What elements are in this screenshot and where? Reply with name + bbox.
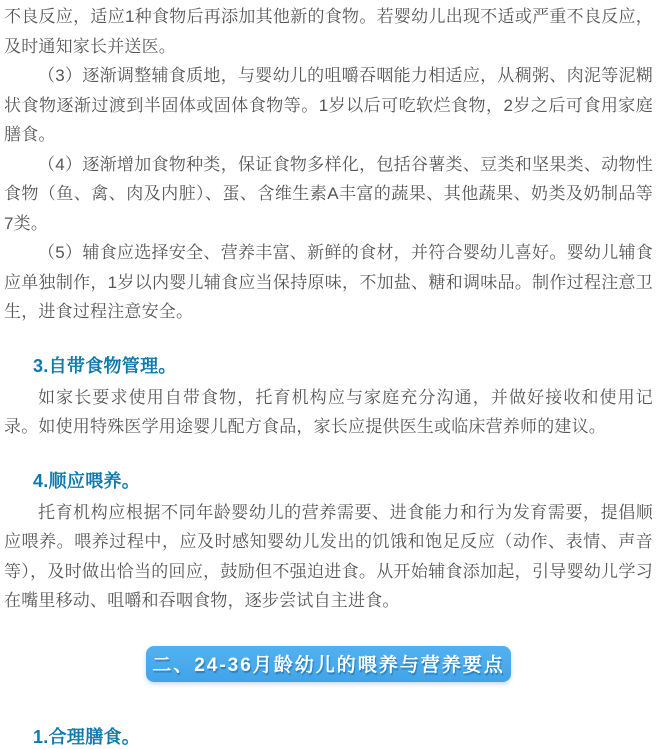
article-body: 不良反应，适应1种食物后再添加其他新的食物。若婴幼儿出现不适或严重不良反应，及时… <box>0 0 659 749</box>
section-4-heading: 4.顺应喂养。 <box>4 468 653 494</box>
section-4-paragraph: 托育机构应根据不同年龄婴幼儿的营养需要、进食能力和行为发育需要，提倡顺应喂养。喂… <box>4 498 653 616</box>
part-2-section-1-heading: 1.合理膳食。 <box>4 724 653 749</box>
point-3-paragraph: （3）逐渐调整辅食质地，与婴幼儿的咀嚼吞咽能力相适应，从稠粥、肉泥等泥糊状食物逐… <box>4 61 653 150</box>
intro-continuation-paragraph: 不良反应，适应1种食物后再添加其他新的食物。若婴幼儿出现不适或严重不良反应，及时… <box>4 2 653 61</box>
part-2-banner-title: 二、24-36月龄幼儿的喂养与营养要点 <box>152 650 505 677</box>
point-5-paragraph: （5）辅食应选择安全、营养丰富、新鲜的食材，并符合婴幼儿喜好。婴幼儿辅食应单独制… <box>4 238 653 327</box>
part-2-section-banner: 二、24-36月龄幼儿的喂养与营养要点 <box>146 646 511 682</box>
point-4-paragraph: （4）逐渐增加食物种类，保证食物多样化，包括谷薯类、豆类和坚果类、动物性食物（鱼… <box>4 150 653 239</box>
section-3-paragraph: 如家长要求使用自带食物，托育机构应与家庭充分沟通，并做好接收和使用记录。如使用特… <box>4 383 653 442</box>
section-3-heading: 3.自带食物管理。 <box>4 353 653 379</box>
